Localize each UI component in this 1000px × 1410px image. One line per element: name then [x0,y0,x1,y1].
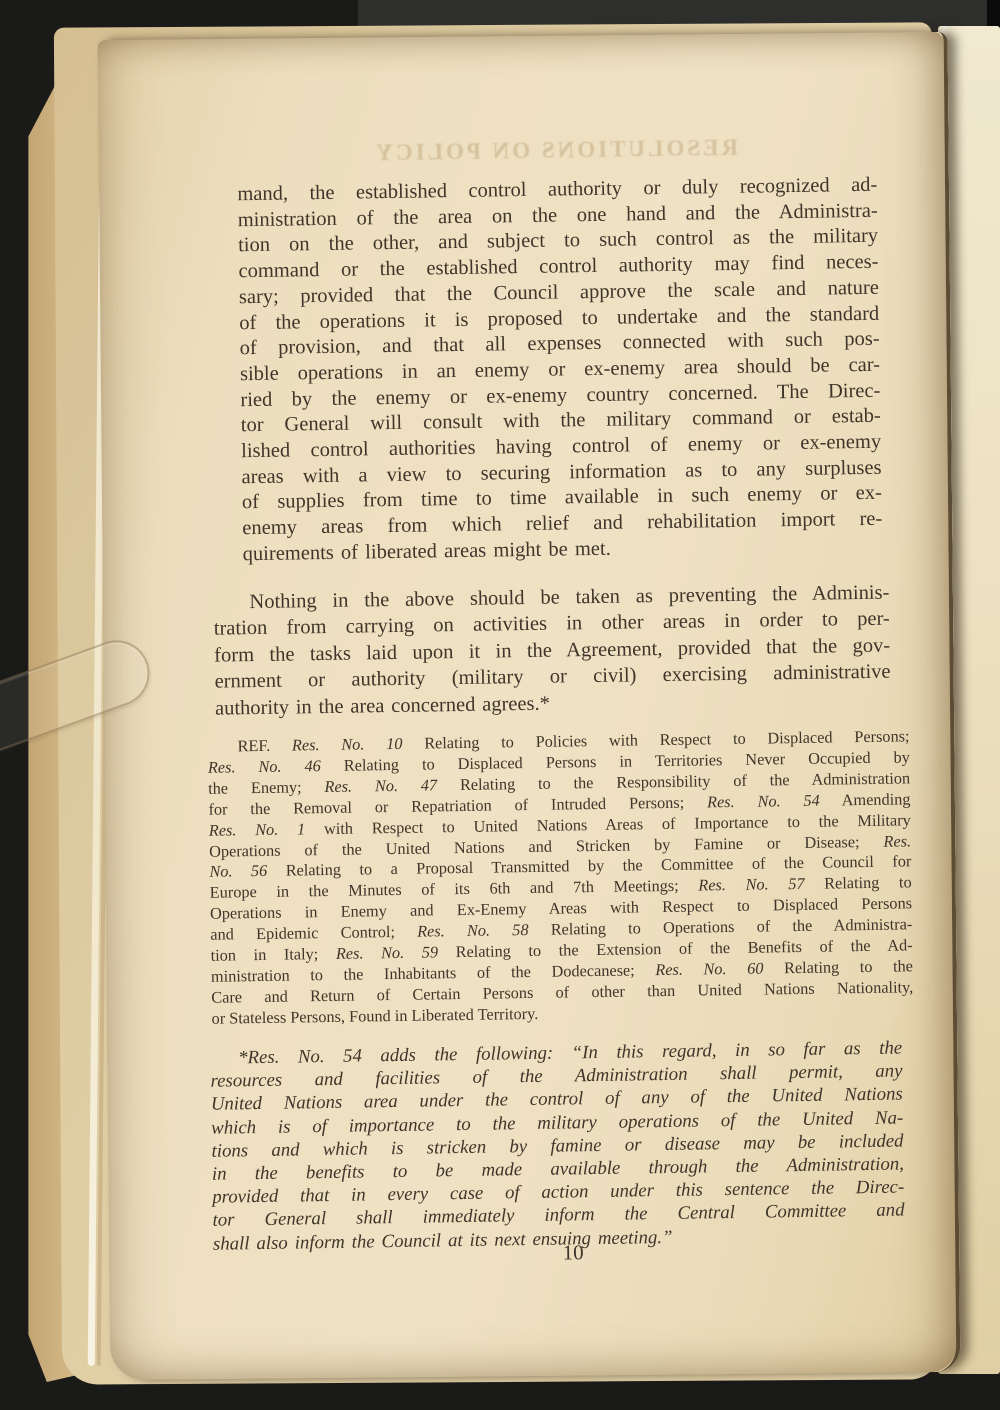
bleed-through-header: RESOLUTIONS ON POLICY [336,134,776,167]
page-text-layer: RESOLUTIONS ON POLICY mand, the establis… [94,30,960,1382]
body-paragraph-continuation: mand, the established control authority … [237,173,883,568]
footnote-res-no-54: *Res. No. 54 adds the following: “In thi… [210,1036,905,1255]
body-paragraph-nothing-in-above: Nothing in the above should be taken as … [213,580,891,722]
book-page: RESOLUTIONS ON POLICY mand, the establis… [98,32,961,1380]
reference-resolutions-paragraph: REF. Res. No. 10 Relating to Policies wi… [207,726,913,1029]
scanned-book-photo: RESOLUTIONS ON POLICY mand, the establis… [0,0,1000,1410]
